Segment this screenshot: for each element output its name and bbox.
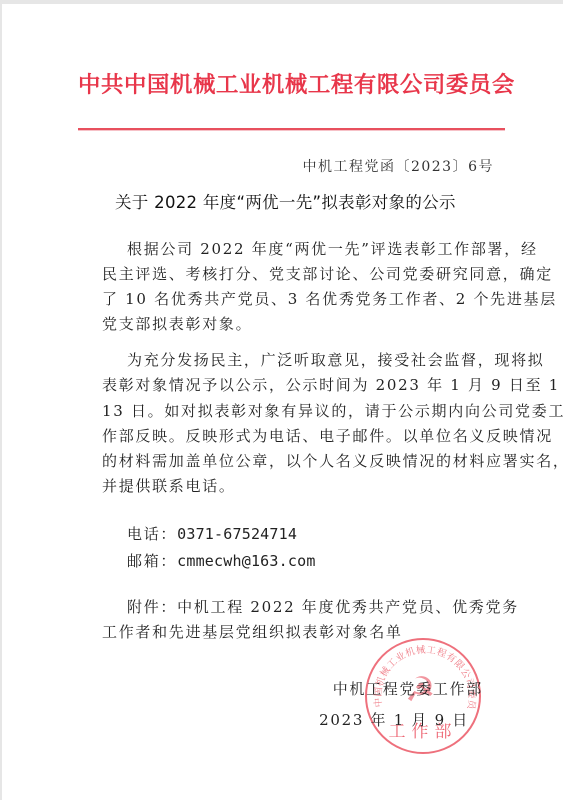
email-address: cmmecwh@163.com — [177, 552, 315, 570]
paragraph-line: 为充分发扬民主，广泛听取意见，接受社会监督，现将拟 — [127, 349, 545, 370]
paragraph-line: 并提供联系电话。 — [102, 475, 236, 496]
issuer-signature: 中机工程党委工作部 — [333, 678, 483, 699]
paragraph-line: 党支部拟表彰对象。 — [102, 313, 252, 334]
phone-label: 电话： — [127, 525, 177, 543]
phone-number: 0371-67524714 — [177, 525, 297, 543]
document-page: 中共中国机械工业机械工程有限公司委员会 中机工程党函〔2023〕6号 关于 20… — [2, 4, 563, 800]
paragraph-line: 根据公司 2022 年度“两优一先”评选表彰工作部署，经 — [127, 238, 538, 259]
organization-header: 中共中国机械工业机械工程有限公司委员会 — [78, 67, 498, 99]
contact-phone: 电话：0371-67524714 — [127, 523, 297, 544]
attachment-line: 附件：中机工程 2022 年度优秀共产党员、优秀党务 — [127, 596, 519, 617]
attachment-line: 工作者和先进基层党组织拟表彰对象名单 — [102, 621, 403, 642]
paragraph-line: 的材料需加盖单位公章，以个人名义反映情况的材料应署实名， — [102, 450, 563, 471]
document-number: 中机工程党函〔2023〕6号 — [302, 156, 494, 176]
paragraph-line: 民主评选、考核打分、党支部讨论、公司党委研究同意，确定 — [102, 263, 553, 284]
issue-date: 2023 年 1 月 9 日 — [319, 709, 469, 730]
paragraph-line: 作部反映。反映形式为电话、电子邮件。以单位名义反映情况 — [102, 425, 553, 446]
red-divider-rule — [78, 128, 505, 130]
paragraph-line: 13 日。如对拟表彰对象有异议的，请于公示期内向公司党委工 — [102, 400, 563, 421]
contact-email: 邮箱：cmmecwh@163.com — [127, 550, 316, 571]
paragraph-line: 表彰对象情况予以公示，公示时间为 2023 年 1 月 9 日至 1 月 — [102, 374, 563, 395]
paragraph-line: 了 10 名优秀共产党员、3 名优秀党务工作者、2 个先进基层 — [102, 288, 557, 309]
email-label: 邮箱： — [127, 552, 177, 570]
document-title: 关于 2022 年度“两优一先”拟表彰对象的公示 — [115, 189, 456, 213]
